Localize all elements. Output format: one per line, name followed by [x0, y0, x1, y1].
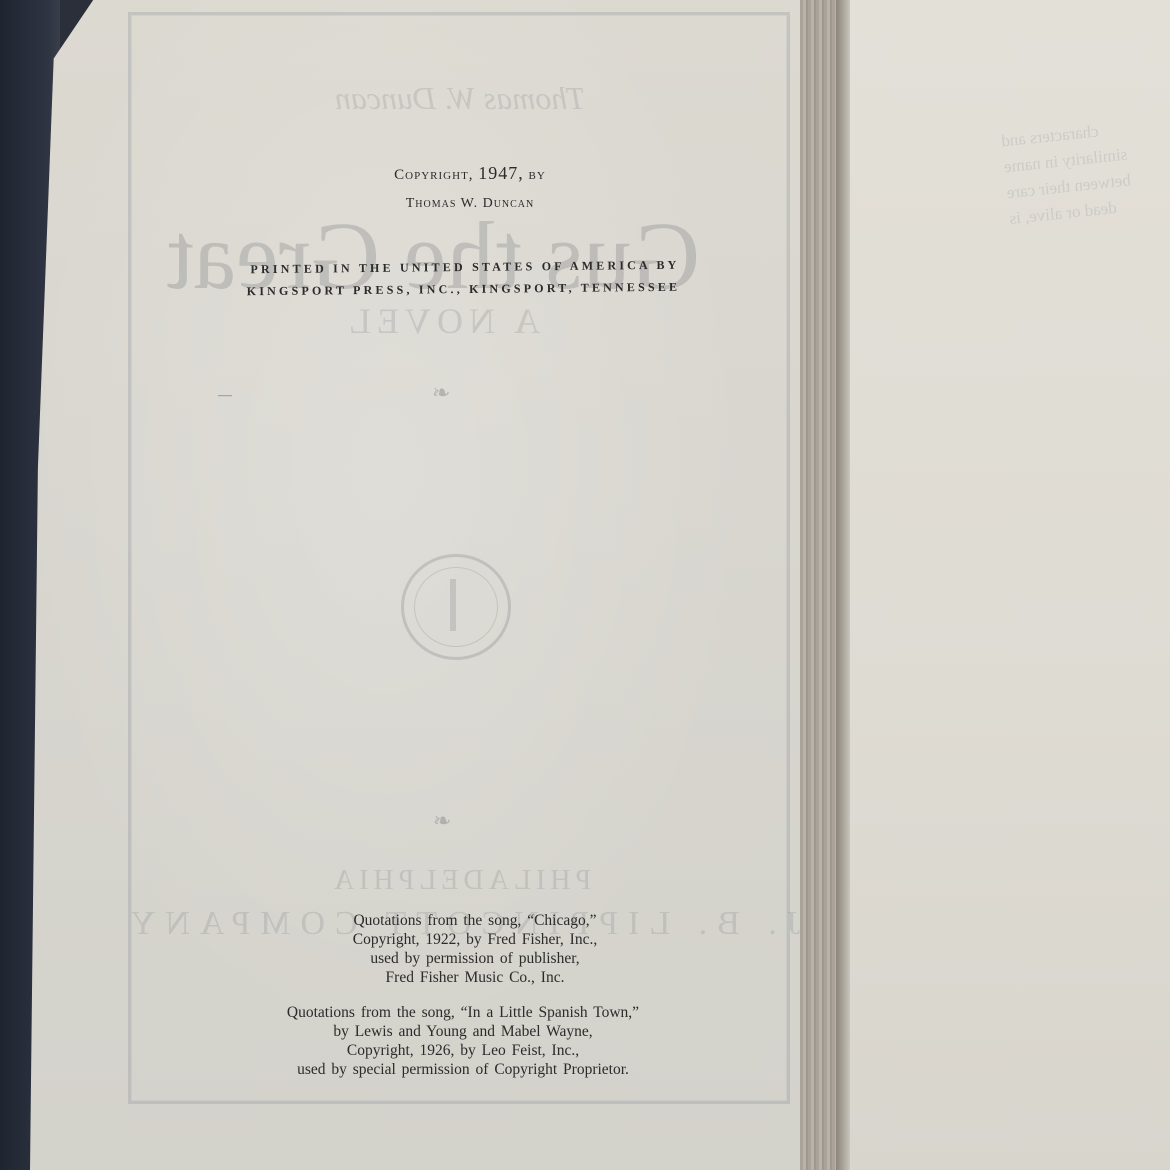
show-through-author: Thomas W. Duncan [310, 80, 610, 117]
show-through-subtitle: A NOVEL [360, 300, 540, 342]
permission-line: Copyright, 1922, by Fred Fisher, Inc., [290, 930, 660, 949]
permission-line: by Lewis and Young and Mabel Wayne, [238, 1022, 688, 1041]
right-page-show-through: characters and similarity in name betwee… [1000, 112, 1170, 232]
copyright-line: Copyright, 1947, by [340, 163, 600, 184]
publisher-seal-icon [401, 554, 511, 660]
permission-notice-spanish-town: Quotations from the song, “In a Little S… [238, 1003, 688, 1079]
permission-line: Quotations from the song, “In a Little S… [238, 1003, 688, 1022]
page-block-edges [800, 0, 836, 1170]
dash-mark: — [218, 388, 232, 404]
permission-line: Quotations from the song, “Chicago,” [290, 911, 660, 930]
permission-notice-chicago: Quotations from the song, “Chicago,” Cop… [290, 911, 660, 987]
seal-tree-icon [450, 579, 456, 631]
copyright-by: by [529, 167, 546, 183]
permission-line: Copyright, 1926, by Leo Feist, Inc., [238, 1041, 688, 1060]
permission-line: used by permission of publisher, [290, 949, 660, 968]
permission-line: Fred Fisher Music Co., Inc. [290, 968, 660, 987]
copyright-word: Copyright, [394, 167, 473, 183]
gutter-shadow [836, 0, 850, 1170]
show-through-city: PHILADELPHIA [300, 865, 620, 897]
ornament-icon: ❧ [432, 380, 450, 406]
ornament-icon: ❧ [433, 808, 451, 834]
copyright-holder: Thomas W. Duncan [340, 196, 600, 212]
book-photo: Thomas W. Duncan Gus the Great A NOVEL P… [0, 0, 1170, 1170]
copyright-year: 1947, [478, 163, 524, 183]
permission-line: used by special permission of Copyright … [238, 1060, 688, 1079]
